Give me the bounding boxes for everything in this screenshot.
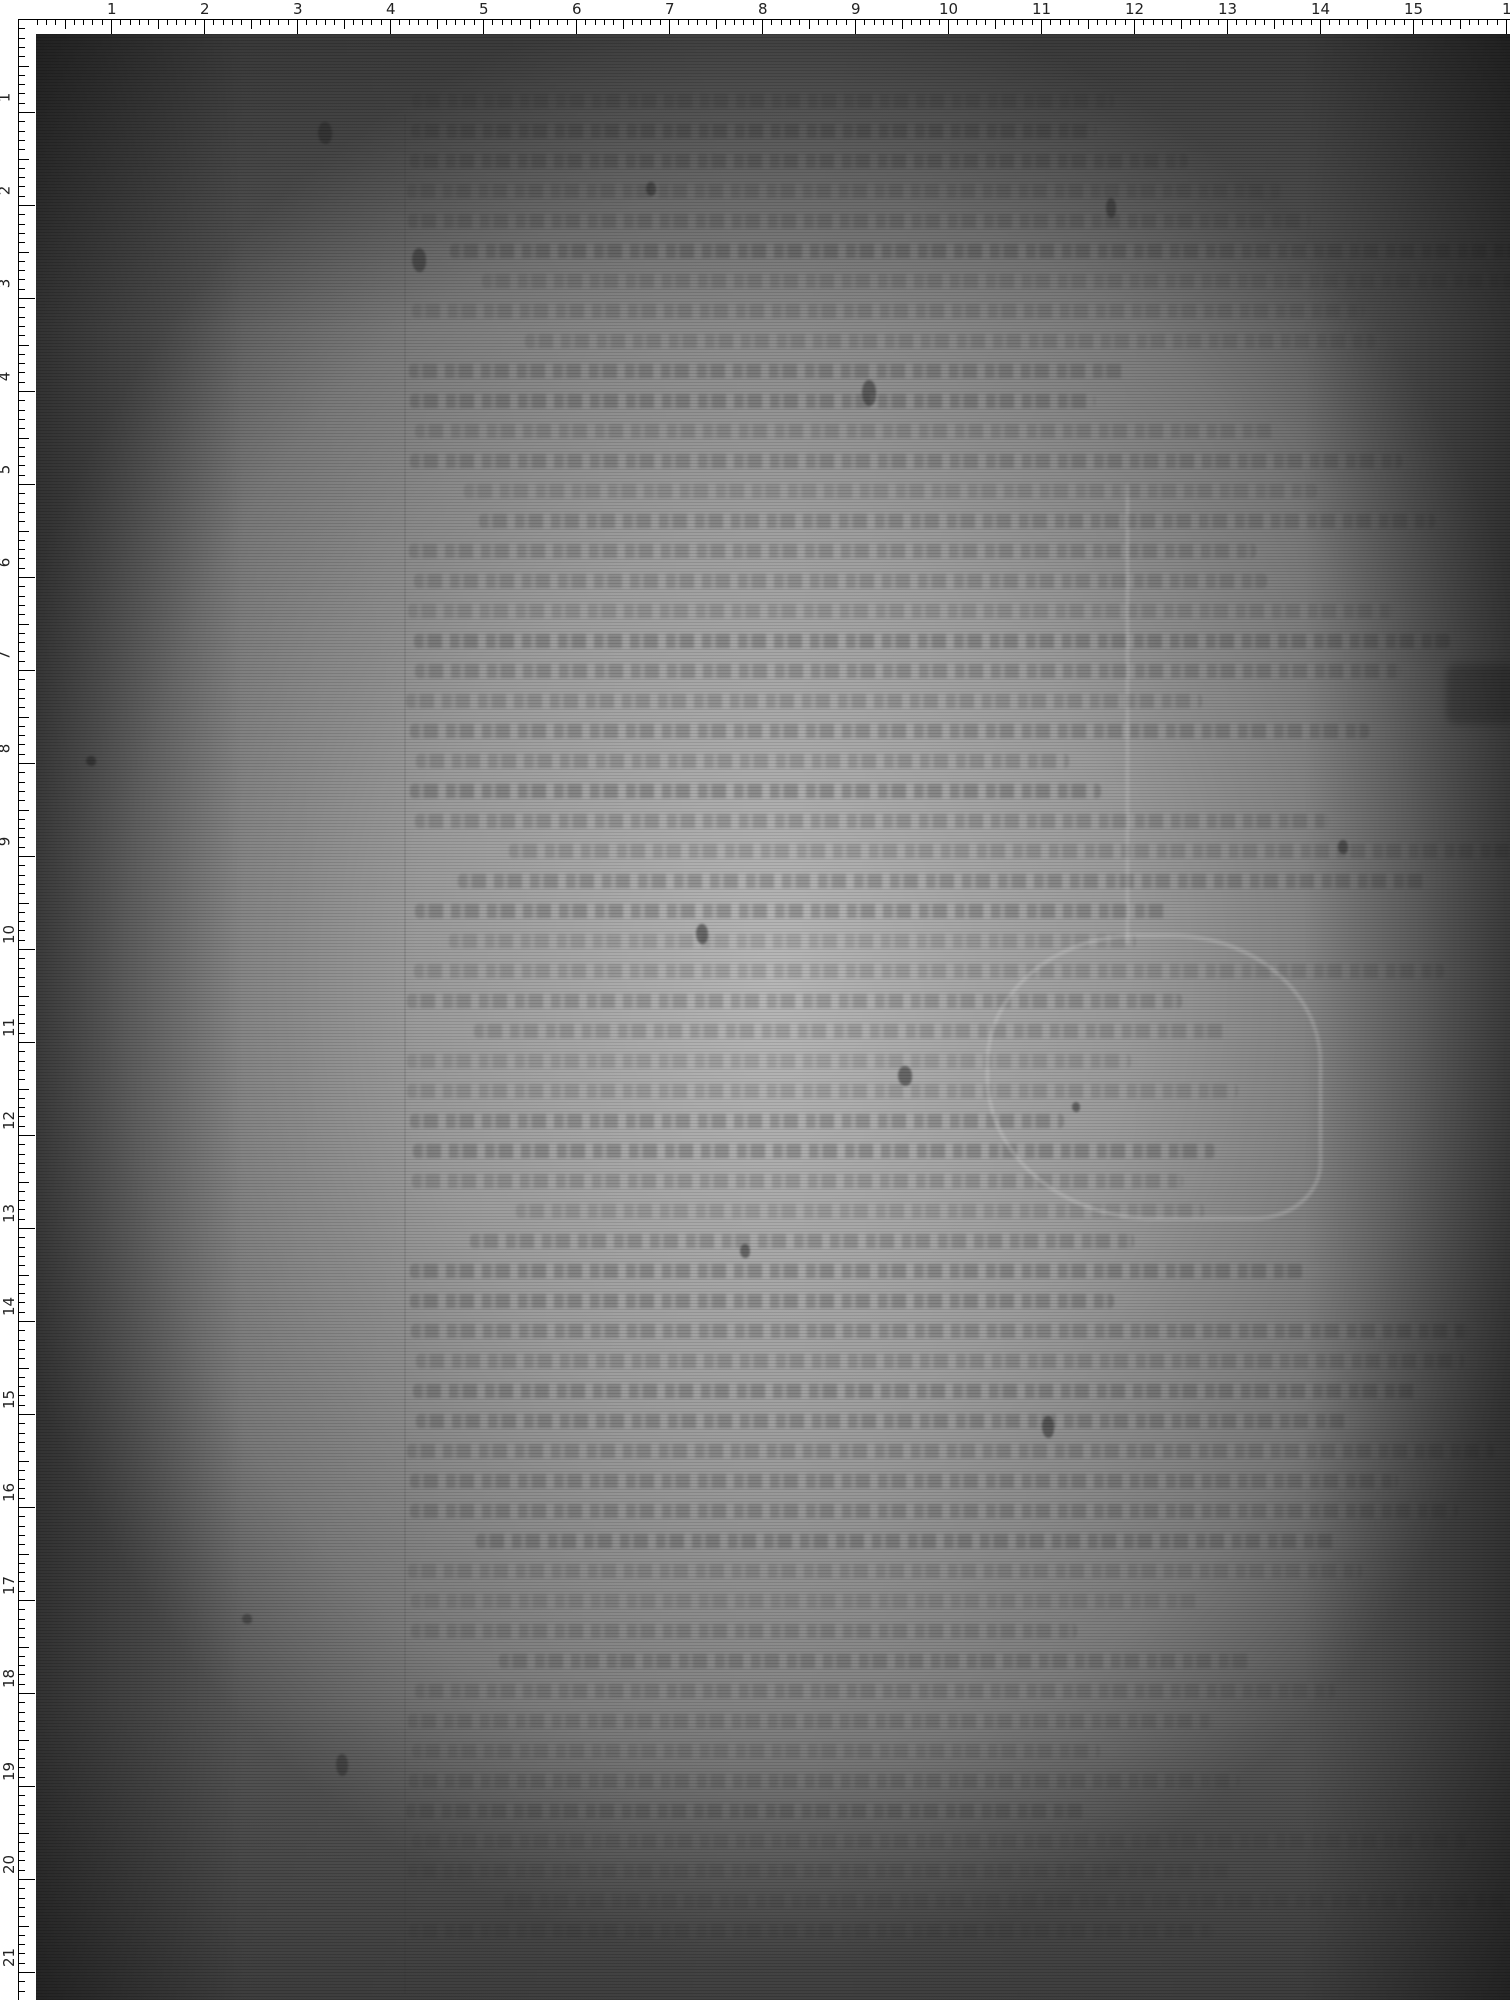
top-ruler: 01234567891011121314151 bbox=[0, 0, 1510, 34]
left-ruler-tick bbox=[19, 1349, 25, 1350]
left-ruler-tick bbox=[19, 744, 25, 745]
left-ruler-tick bbox=[19, 75, 25, 76]
left-ruler-tick bbox=[19, 531, 29, 532]
top-ruler-label: 7 bbox=[665, 2, 675, 17]
left-ruler-tick bbox=[19, 121, 25, 122]
left-ruler-tick bbox=[19, 1042, 35, 1043]
top-ruler-tick bbox=[46, 19, 47, 25]
left-ruler-tick bbox=[19, 958, 25, 959]
left-ruler-tick bbox=[19, 707, 25, 708]
top-ruler-tick bbox=[557, 19, 558, 25]
left-ruler-tick bbox=[19, 345, 29, 346]
left-ruler-tick bbox=[19, 1554, 29, 1555]
left-ruler-tick bbox=[19, 1107, 25, 1108]
top-ruler-tick bbox=[762, 19, 763, 34]
top-ruler-tick bbox=[37, 19, 38, 25]
left-ruler-tick bbox=[19, 996, 29, 997]
top-ruler-tick bbox=[753, 19, 754, 25]
left-ruler-tick bbox=[19, 484, 35, 485]
left-ruler-tick bbox=[19, 1721, 25, 1722]
left-ruler-tick bbox=[19, 1386, 25, 1387]
left-ruler-tick bbox=[19, 214, 25, 215]
left-ruler-tick bbox=[19, 865, 25, 866]
left-ruler-tick bbox=[19, 159, 29, 160]
left-ruler-label: 18 bbox=[2, 1669, 17, 1688]
top-ruler-tick bbox=[390, 19, 391, 34]
top-ruler-tick bbox=[864, 19, 865, 25]
left-ruler-tick bbox=[19, 38, 25, 39]
top-ruler-tick bbox=[437, 19, 438, 29]
top-ruler-tick bbox=[288, 19, 289, 25]
left-ruler-tick bbox=[19, 735, 25, 736]
top-ruler-tick bbox=[297, 19, 298, 34]
left-ruler-tick bbox=[19, 670, 35, 671]
top-ruler-tick bbox=[1069, 19, 1070, 25]
top-ruler-tick bbox=[706, 19, 707, 25]
left-ruler-tick bbox=[19, 1116, 25, 1117]
left-ruler-tick bbox=[19, 1926, 29, 1927]
left-ruler-tick bbox=[19, 326, 25, 327]
left-ruler-tick bbox=[19, 233, 25, 234]
left-ruler-tick bbox=[19, 1637, 25, 1638]
top-ruler-tick bbox=[567, 19, 568, 25]
top-ruler-tick bbox=[251, 19, 252, 29]
left-ruler-label: 20 bbox=[2, 1855, 17, 1874]
top-ruler-tick bbox=[939, 19, 940, 25]
top-ruler-tick bbox=[232, 19, 233, 25]
left-ruler-label: 14 bbox=[2, 1297, 17, 1316]
left-ruler-label: 16 bbox=[2, 1483, 17, 1502]
left-ruler-tick bbox=[19, 493, 25, 494]
top-ruler-tick bbox=[688, 19, 689, 25]
left-ruler-tick bbox=[19, 1089, 29, 1090]
left-ruler-tick bbox=[19, 1135, 35, 1136]
top-ruler-tick bbox=[836, 19, 837, 25]
top-ruler-tick bbox=[65, 19, 66, 29]
left-ruler-tick bbox=[19, 131, 25, 132]
top-ruler-tick bbox=[585, 19, 586, 25]
left-ruler-tick bbox=[19, 1330, 25, 1331]
top-ruler-tick bbox=[260, 19, 261, 25]
left-ruler-tick bbox=[19, 140, 25, 141]
top-ruler-tick bbox=[1469, 19, 1470, 25]
left-ruler-tick bbox=[19, 698, 25, 699]
top-ruler-tick bbox=[1339, 19, 1340, 25]
left-ruler-tick bbox=[19, 1860, 25, 1861]
top-ruler-tick bbox=[1004, 19, 1005, 25]
top-ruler-tick bbox=[1208, 19, 1209, 25]
left-ruler-label: 12 bbox=[2, 1111, 17, 1130]
top-ruler-tick bbox=[1199, 19, 1200, 25]
left-ruler-label: 13 bbox=[2, 1204, 17, 1223]
top-ruler-tick bbox=[827, 19, 828, 25]
left-ruler-tick bbox=[19, 1767, 25, 1768]
left-ruler-tick bbox=[19, 828, 25, 829]
left-ruler-tick bbox=[19, 949, 35, 950]
top-ruler-tick bbox=[1171, 19, 1172, 25]
left-ruler-tick bbox=[19, 1405, 25, 1406]
left-ruler-tick bbox=[19, 1033, 25, 1034]
left-ruler-tick bbox=[19, 363, 25, 364]
left-ruler-label: 21 bbox=[2, 1948, 17, 1967]
top-ruler-tick bbox=[1153, 19, 1154, 25]
left-ruler-tick bbox=[19, 642, 25, 643]
left-ruler-label: 11 bbox=[2, 1018, 17, 1037]
left-ruler-tick bbox=[19, 289, 25, 290]
top-ruler-tick bbox=[111, 19, 112, 34]
left-ruler-tick bbox=[19, 558, 25, 559]
left-ruler-tick bbox=[19, 1237, 25, 1238]
top-ruler-tick bbox=[278, 19, 279, 25]
left-ruler-tick bbox=[19, 819, 25, 820]
top-ruler-tick bbox=[483, 19, 484, 34]
left-ruler-tick bbox=[19, 1284, 25, 1285]
top-ruler-tick bbox=[799, 19, 800, 25]
top-ruler-tick bbox=[957, 19, 958, 25]
left-ruler-tick bbox=[19, 382, 25, 383]
top-ruler-tick bbox=[520, 19, 521, 25]
left-ruler-tick bbox=[19, 1219, 25, 1220]
left-ruler-tick bbox=[19, 419, 25, 420]
top-ruler-tick bbox=[1227, 19, 1228, 34]
top-ruler-tick bbox=[1236, 19, 1237, 25]
left-ruler-tick bbox=[19, 1684, 25, 1685]
left-ruler-tick bbox=[19, 1079, 25, 1080]
top-ruler-tick bbox=[595, 19, 596, 25]
left-ruler-tick bbox=[19, 1395, 25, 1396]
left-ruler-tick bbox=[19, 372, 25, 373]
left-ruler-tick bbox=[19, 465, 25, 466]
left-ruler-tick bbox=[19, 1628, 25, 1629]
top-ruler-tick bbox=[892, 19, 893, 25]
left-ruler-tick bbox=[19, 1879, 35, 1880]
top-ruler-tick bbox=[743, 19, 744, 25]
left-ruler-tick bbox=[19, 596, 25, 597]
top-ruler-tick bbox=[1460, 19, 1461, 29]
top-ruler-tick bbox=[418, 19, 419, 25]
left-ruler-tick bbox=[19, 1442, 25, 1443]
top-ruler-tick bbox=[92, 19, 93, 25]
top-ruler-tick bbox=[167, 19, 168, 25]
top-ruler-tick bbox=[1441, 19, 1442, 25]
top-ruler-tick bbox=[502, 19, 503, 25]
top-ruler-tick bbox=[1301, 19, 1302, 25]
top-ruler-tick bbox=[734, 19, 735, 25]
left-ruler-tick bbox=[19, 298, 35, 299]
left-ruler-tick bbox=[19, 549, 25, 550]
top-ruler-tick bbox=[669, 19, 670, 34]
left-ruler-label: 8 bbox=[0, 744, 12, 754]
left-ruler-tick bbox=[19, 1498, 25, 1499]
left-ruler-tick bbox=[19, 1842, 25, 1843]
top-ruler-tick bbox=[455, 19, 456, 25]
left-ruler-tick bbox=[19, 661, 25, 662]
top-ruler-tick bbox=[1413, 19, 1414, 34]
left-ruler-tick bbox=[19, 568, 25, 569]
top-ruler-tick bbox=[1218, 19, 1219, 25]
left-ruler-tick bbox=[19, 47, 25, 48]
top-ruler-tick bbox=[1320, 19, 1321, 34]
left-ruler-tick bbox=[19, 84, 25, 85]
left-ruler-tick bbox=[19, 930, 25, 931]
left-ruler-tick bbox=[19, 1740, 29, 1741]
top-ruler-label: 1 bbox=[1502, 2, 1510, 17]
left-ruler-tick bbox=[19, 1516, 25, 1517]
left-ruler-tick bbox=[19, 1014, 25, 1015]
left-ruler-tick bbox=[19, 1665, 25, 1666]
top-ruler-tick bbox=[1422, 19, 1423, 25]
scanned-page bbox=[36, 34, 1510, 2000]
top-ruler-tick bbox=[1274, 19, 1275, 29]
top-ruler-tick bbox=[409, 19, 410, 25]
left-ruler-tick bbox=[19, 521, 25, 522]
left-ruler-tick bbox=[19, 1368, 29, 1369]
left-ruler-tick bbox=[19, 19, 35, 20]
left-ruler-tick bbox=[19, 1581, 25, 1582]
left-ruler-tick bbox=[19, 903, 29, 904]
top-ruler-tick bbox=[130, 19, 131, 25]
top-ruler-tick bbox=[241, 19, 242, 25]
top-ruler-tick bbox=[716, 19, 717, 29]
top-ruler-tick bbox=[771, 19, 772, 25]
top-ruler-tick bbox=[334, 19, 335, 25]
top-ruler-tick bbox=[1292, 19, 1293, 25]
left-ruler-tick bbox=[19, 1805, 25, 1806]
left-ruler-tick bbox=[19, 1916, 25, 1917]
left-ruler-tick bbox=[19, 1591, 25, 1592]
top-ruler-label: 5 bbox=[479, 2, 489, 17]
top-ruler-tick bbox=[874, 19, 875, 25]
top-ruler-label: 13 bbox=[1218, 2, 1237, 17]
top-ruler-tick bbox=[809, 19, 810, 29]
top-ruler-tick bbox=[474, 19, 475, 25]
left-ruler-tick bbox=[19, 307, 25, 308]
left-ruler-tick bbox=[19, 689, 25, 690]
left-ruler-tick bbox=[19, 1535, 25, 1536]
top-ruler-label: 6 bbox=[572, 2, 582, 17]
top-ruler-label: 2 bbox=[200, 2, 210, 17]
left-ruler-tick bbox=[19, 1730, 25, 1731]
top-ruler-tick bbox=[1078, 19, 1079, 25]
left-ruler-label: 2 bbox=[0, 186, 12, 196]
left-ruler-tick bbox=[19, 438, 29, 439]
left-ruler-tick bbox=[19, 1647, 29, 1648]
top-ruler-tick bbox=[1432, 19, 1433, 25]
left-ruler-tick bbox=[19, 456, 25, 457]
left-ruler-tick bbox=[19, 1247, 25, 1248]
left-ruler-tick bbox=[19, 1154, 25, 1155]
left-ruler-tick bbox=[19, 717, 29, 718]
left-ruler-tick bbox=[19, 354, 25, 355]
top-ruler-tick bbox=[725, 19, 726, 25]
left-ruler-tick bbox=[19, 1321, 35, 1322]
top-ruler-label: 1 bbox=[107, 2, 117, 17]
left-ruler-tick bbox=[19, 56, 25, 57]
left-ruler-tick bbox=[19, 679, 25, 680]
left-ruler-tick bbox=[19, 1981, 25, 1982]
left-ruler-tick bbox=[19, 1870, 25, 1871]
top-ruler-tick bbox=[1450, 19, 1451, 25]
top-ruler-tick bbox=[269, 19, 270, 25]
left-ruler-tick bbox=[19, 1898, 25, 1899]
top-ruler-tick bbox=[446, 19, 447, 25]
left-ruler-tick bbox=[19, 391, 35, 392]
left-ruler-tick bbox=[19, 1144, 25, 1145]
top-ruler-tick bbox=[344, 19, 345, 29]
left-ruler-tick bbox=[19, 1126, 25, 1127]
top-ruler-tick bbox=[1385, 19, 1386, 25]
left-ruler-tick bbox=[19, 1888, 25, 1889]
top-ruler-tick bbox=[1143, 19, 1144, 25]
left-ruler-tick bbox=[19, 66, 29, 67]
left-ruler-tick bbox=[19, 1674, 25, 1675]
top-ruler-label: 15 bbox=[1404, 2, 1423, 17]
left-ruler-tick bbox=[19, 754, 25, 755]
left-ruler-tick bbox=[19, 1340, 25, 1341]
left-ruler-tick bbox=[19, 1377, 25, 1378]
top-ruler-tick bbox=[362, 19, 363, 25]
left-ruler-tick bbox=[19, 279, 25, 280]
left-ruler-tick bbox=[19, 921, 25, 922]
left-ruler-tick bbox=[19, 1833, 29, 1834]
left-ruler-tick bbox=[19, 335, 25, 336]
top-ruler-tick bbox=[1134, 19, 1135, 34]
left-ruler-tick bbox=[19, 410, 25, 411]
top-ruler-tick bbox=[1106, 19, 1107, 25]
top-ruler-tick bbox=[306, 19, 307, 25]
top-ruler-tick bbox=[1013, 19, 1014, 25]
left-ruler-tick bbox=[19, 1544, 25, 1545]
top-ruler-tick bbox=[976, 19, 977, 25]
top-ruler-tick bbox=[1394, 19, 1395, 25]
top-ruler-tick bbox=[1088, 19, 1089, 29]
top-ruler-tick bbox=[148, 19, 149, 25]
left-ruler-tick bbox=[19, 912, 25, 913]
left-ruler-tick bbox=[19, 837, 25, 838]
top-ruler-tick bbox=[1115, 19, 1116, 25]
left-ruler-label: 3 bbox=[0, 279, 12, 289]
left-ruler-tick bbox=[19, 1944, 25, 1945]
top-ruler-tick bbox=[120, 19, 121, 25]
top-ruler-tick bbox=[213, 19, 214, 25]
top-ruler-tick bbox=[883, 19, 884, 25]
top-ruler-tick bbox=[539, 19, 540, 25]
left-ruler-tick bbox=[19, 893, 25, 894]
left-ruler-tick bbox=[19, 28, 25, 29]
left-ruler-tick bbox=[19, 1433, 25, 1434]
left-ruler-tick bbox=[19, 1702, 25, 1703]
left-ruler-tick bbox=[19, 1209, 25, 1210]
top-ruler-tick bbox=[511, 19, 512, 25]
left-ruler-tick bbox=[19, 1963, 25, 1964]
left-ruler-tick bbox=[19, 1795, 25, 1796]
left-ruler-tick bbox=[19, 651, 25, 652]
top-ruler-tick bbox=[920, 19, 921, 25]
top-ruler-tick bbox=[1022, 19, 1023, 25]
left-ruler-tick bbox=[19, 447, 25, 448]
top-ruler-tick bbox=[223, 19, 224, 25]
top-ruler-tick bbox=[1246, 19, 1247, 25]
left-ruler-tick bbox=[19, 1163, 25, 1164]
left-ruler-label: 5 bbox=[0, 465, 12, 475]
left-ruler-tick bbox=[19, 1005, 25, 1006]
left-ruler-tick bbox=[19, 1907, 25, 1908]
left-ruler-tick bbox=[19, 1693, 35, 1694]
left-ruler-label: 19 bbox=[2, 1762, 17, 1781]
top-ruler-tick bbox=[492, 19, 493, 25]
top-ruler-tick bbox=[316, 19, 317, 25]
top-ruler-tick bbox=[790, 19, 791, 25]
top-ruler-tick bbox=[948, 19, 949, 34]
left-ruler-tick bbox=[19, 1991, 25, 1992]
top-ruler-tick bbox=[1050, 19, 1051, 25]
left-ruler-tick bbox=[19, 1563, 25, 1564]
top-ruler-tick bbox=[139, 19, 140, 25]
top-ruler-label: 10 bbox=[939, 2, 958, 17]
left-ruler-tick bbox=[19, 1312, 25, 1313]
top-ruler-tick bbox=[1041, 19, 1042, 34]
left-ruler-tick bbox=[19, 93, 25, 94]
top-ruler-tick bbox=[929, 19, 930, 25]
top-ruler-tick bbox=[641, 19, 642, 25]
left-ruler-tick bbox=[19, 1823, 25, 1824]
left-ruler-label: 7 bbox=[0, 651, 12, 661]
left-ruler-tick bbox=[19, 1470, 25, 1471]
top-ruler-tick bbox=[846, 19, 847, 25]
left-ruler-label: 4 bbox=[0, 372, 12, 382]
left-ruler-tick bbox=[19, 252, 29, 253]
left-ruler-tick bbox=[19, 1358, 25, 1359]
left-ruler-tick bbox=[19, 540, 25, 541]
left-ruler-tick bbox=[19, 475, 25, 476]
left-ruler-tick bbox=[19, 1935, 25, 1936]
left-ruler-tick bbox=[19, 791, 25, 792]
left-ruler-tick bbox=[19, 261, 25, 262]
top-ruler-tick bbox=[55, 19, 56, 25]
left-ruler-tick bbox=[19, 1182, 29, 1183]
top-ruler-tick bbox=[1181, 19, 1182, 29]
left-ruler-tick bbox=[19, 1619, 25, 1620]
top-ruler-tick bbox=[176, 19, 177, 25]
top-ruler-tick bbox=[74, 19, 75, 25]
left-ruler-tick bbox=[19, 1461, 29, 1462]
top-ruler-tick bbox=[1376, 19, 1377, 25]
left-ruler-tick bbox=[19, 772, 25, 773]
left-ruler-tick bbox=[19, 810, 29, 811]
top-ruler-tick bbox=[1255, 19, 1256, 25]
top-ruler-tick bbox=[185, 19, 186, 25]
top-ruler-tick bbox=[1357, 19, 1358, 25]
top-ruler-tick bbox=[1329, 19, 1330, 25]
left-ruler-tick bbox=[19, 428, 25, 429]
left-ruler-tick bbox=[19, 633, 25, 634]
left-ruler-tick bbox=[19, 1814, 25, 1815]
left-ruler-tick bbox=[19, 503, 25, 504]
left-ruler-tick bbox=[19, 968, 25, 969]
top-ruler-tick bbox=[576, 19, 577, 34]
left-ruler-tick bbox=[19, 1098, 25, 1099]
left-ruler-tick bbox=[19, 1600, 35, 1601]
left-ruler-tick bbox=[19, 196, 25, 197]
left-ruler-tick bbox=[19, 577, 35, 578]
left-ruler-tick bbox=[19, 1423, 25, 1424]
left-ruler-tick bbox=[19, 1479, 25, 1480]
left-ruler-tick bbox=[19, 317, 25, 318]
left-ruler-label: 6 bbox=[0, 558, 12, 568]
top-ruler-label: 9 bbox=[851, 2, 861, 17]
left-ruler-tick bbox=[19, 242, 25, 243]
left-ruler-tick bbox=[19, 884, 25, 885]
